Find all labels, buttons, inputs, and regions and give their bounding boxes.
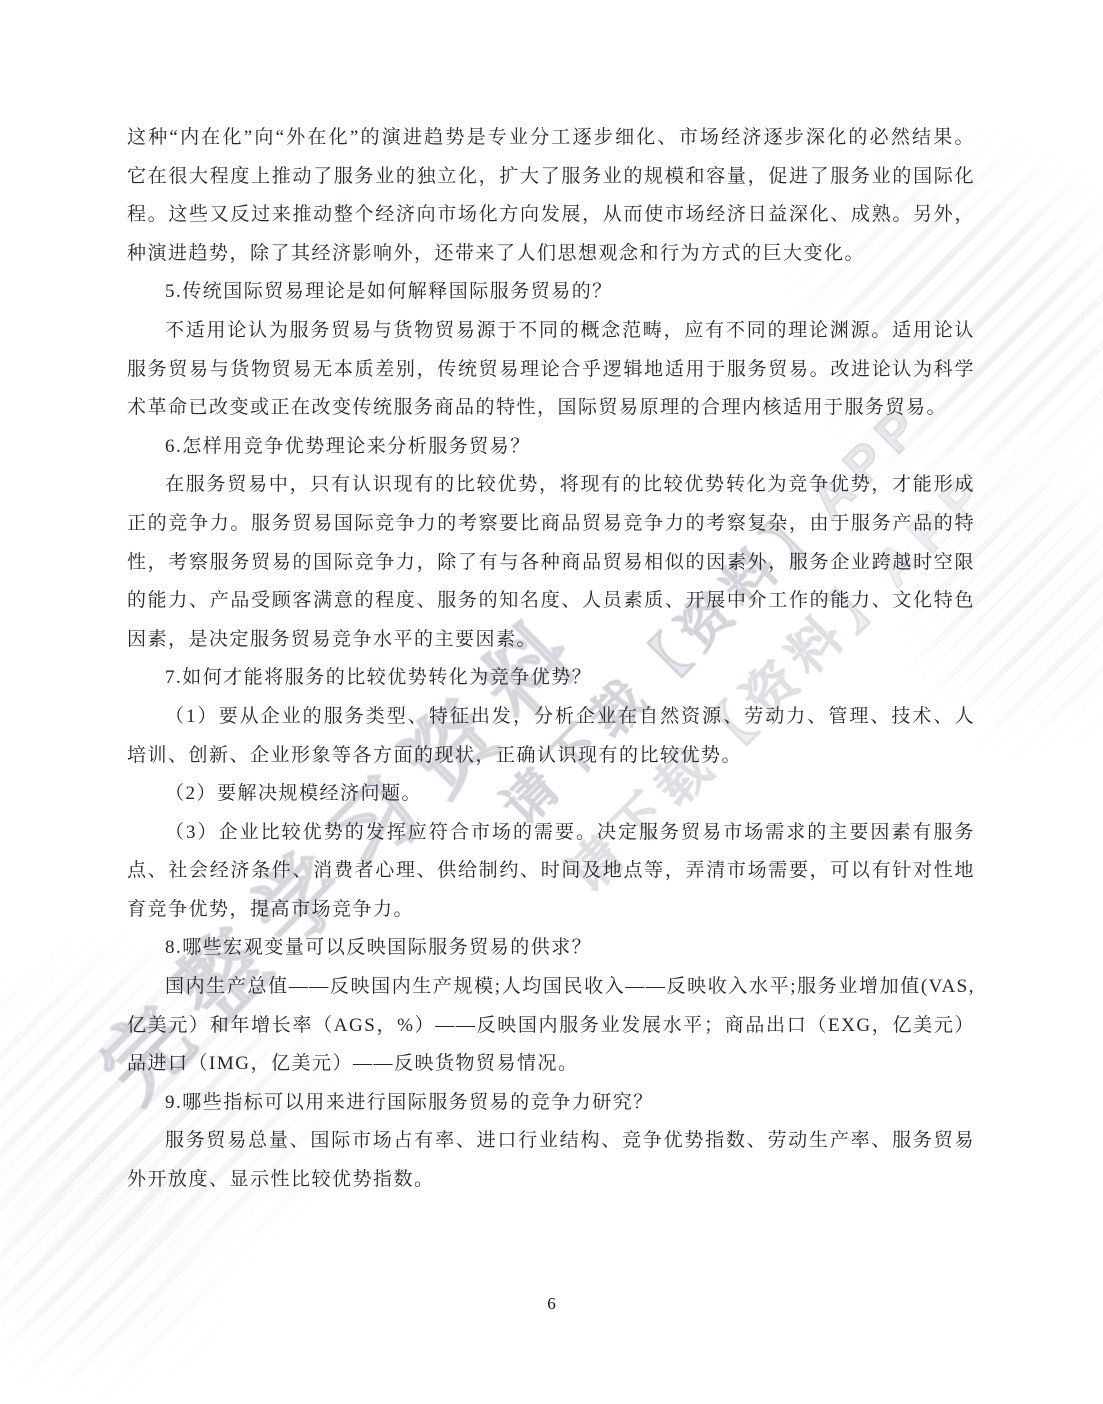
- text-line: 服务贸易总量、国际市场占有率、进口行业结构、竞争优势指数、劳动生产率、服务贸易对: [127, 1122, 975, 1161]
- document-body: 这种“内在化”向“外在化”的演进趋势是专业分工逐步细化、市场经济逐步深化的必然结…: [127, 119, 975, 1200]
- text-line: 8.哪些宏观变量可以反映国际服务贸易的供求？: [127, 929, 975, 968]
- page-number: 6: [0, 1294, 1103, 1314]
- text-line: 外开放度、显示性比较优势指数。: [127, 1161, 975, 1200]
- text-line: 服务贸易与货物贸易无本质差别，传统贸易理论合乎逻辑地适用于服务贸易。改进论认为科…: [127, 351, 975, 390]
- text-line: 术革命已改变或正在改变传统服务商品的特性，国际贸易原理的合理内核适用于服务贸易。: [127, 389, 975, 428]
- text-line: 7.如何才能将服务的比较优势转化为竞争优势？: [127, 659, 975, 698]
- text-line: 育竞争优势，提高市场竞争力。: [127, 891, 975, 930]
- text-line: 程。这些又反过来推动整个经济向市场化方向发展，从而使市场经济日益深化、成熟。另外…: [127, 196, 975, 235]
- text-line: 在服务贸易中，只有认识现有的比较优势，将现有的比较优势转化为竞争优势，才能形成真: [127, 466, 975, 505]
- text-line: 9.哪些指标可以用来进行国际服务贸易的竞争力研究？: [127, 1084, 975, 1123]
- text-line: 性，考察服务贸易的国际竞争力，除了有与各种商品贸易相似的因素外，服务企业跨越时空…: [127, 544, 975, 583]
- text-line: 培训、创新、企业形象等各方面的现状，正确认识现有的比较优势。: [127, 737, 975, 776]
- document-page: 完整学习资料 请下载【资料】APP 请下载【资料】APP 这种“内在化”向“外在…: [0, 0, 1103, 1404]
- text-line: 点、社会经济条件、消费者心理、供给制约、时间及地点等，弄清市场需要，可以有针对性…: [127, 852, 975, 891]
- text-line: 亿美元）和年增长率（AGS，%）——反映国内服务业发展水平；商品出口（EXG，亿…: [127, 1007, 975, 1046]
- text-line: 品进口（IMG，亿美元）——反映货物贸易情况。: [127, 1045, 975, 1084]
- text-line: 正的竞争力。服务贸易国际竞争力的考察要比商品贸易竞争力的考察复杂，由于服务产品的…: [127, 505, 975, 544]
- text-line: 种演进趋势，除了其经济影响外，还带来了人们思想观念和行为方式的巨大变化。: [127, 235, 975, 274]
- text-line: 国内生产总值——反映国内生产规模;人均国民收入——反映收入水平;服务业增加值(V…: [127, 968, 975, 1007]
- text-line: 它在很大程度上推动了服务业的独立化，扩大了服务业的规模和容量，促进了服务业的国际…: [127, 158, 975, 197]
- text-line: 5.传统国际贸易理论是如何解释国际服务贸易的？: [127, 273, 975, 312]
- text-line: 的能力、产品受顾客满意的程度、服务的知名度、人员素质、开展中介工作的能力、文化特…: [127, 582, 975, 621]
- text-line: 不适用论认为服务贸易与货物贸易源于不同的概念范畴，应有不同的理论渊源。适用论认为: [127, 312, 975, 351]
- text-line: 这种“内在化”向“外在化”的演进趋势是专业分工逐步细化、市场经济逐步深化的必然结…: [127, 119, 975, 158]
- text-line: （2）要解决规模经济问题。: [127, 775, 975, 814]
- text-line: 因素，是决定服务贸易竞争水平的主要因素。: [127, 621, 975, 660]
- text-line: （1）要从企业的服务类型、特征出发，分析企业在自然资源、劳动力、管理、技术、人员: [127, 698, 975, 737]
- text-line: （3）企业比较优势的发挥应符合市场的需要。决定服务贸易市场需求的主要因素有服务特: [127, 814, 975, 853]
- text-line: 6.怎样用竞争优势理论来分析服务贸易？: [127, 428, 975, 467]
